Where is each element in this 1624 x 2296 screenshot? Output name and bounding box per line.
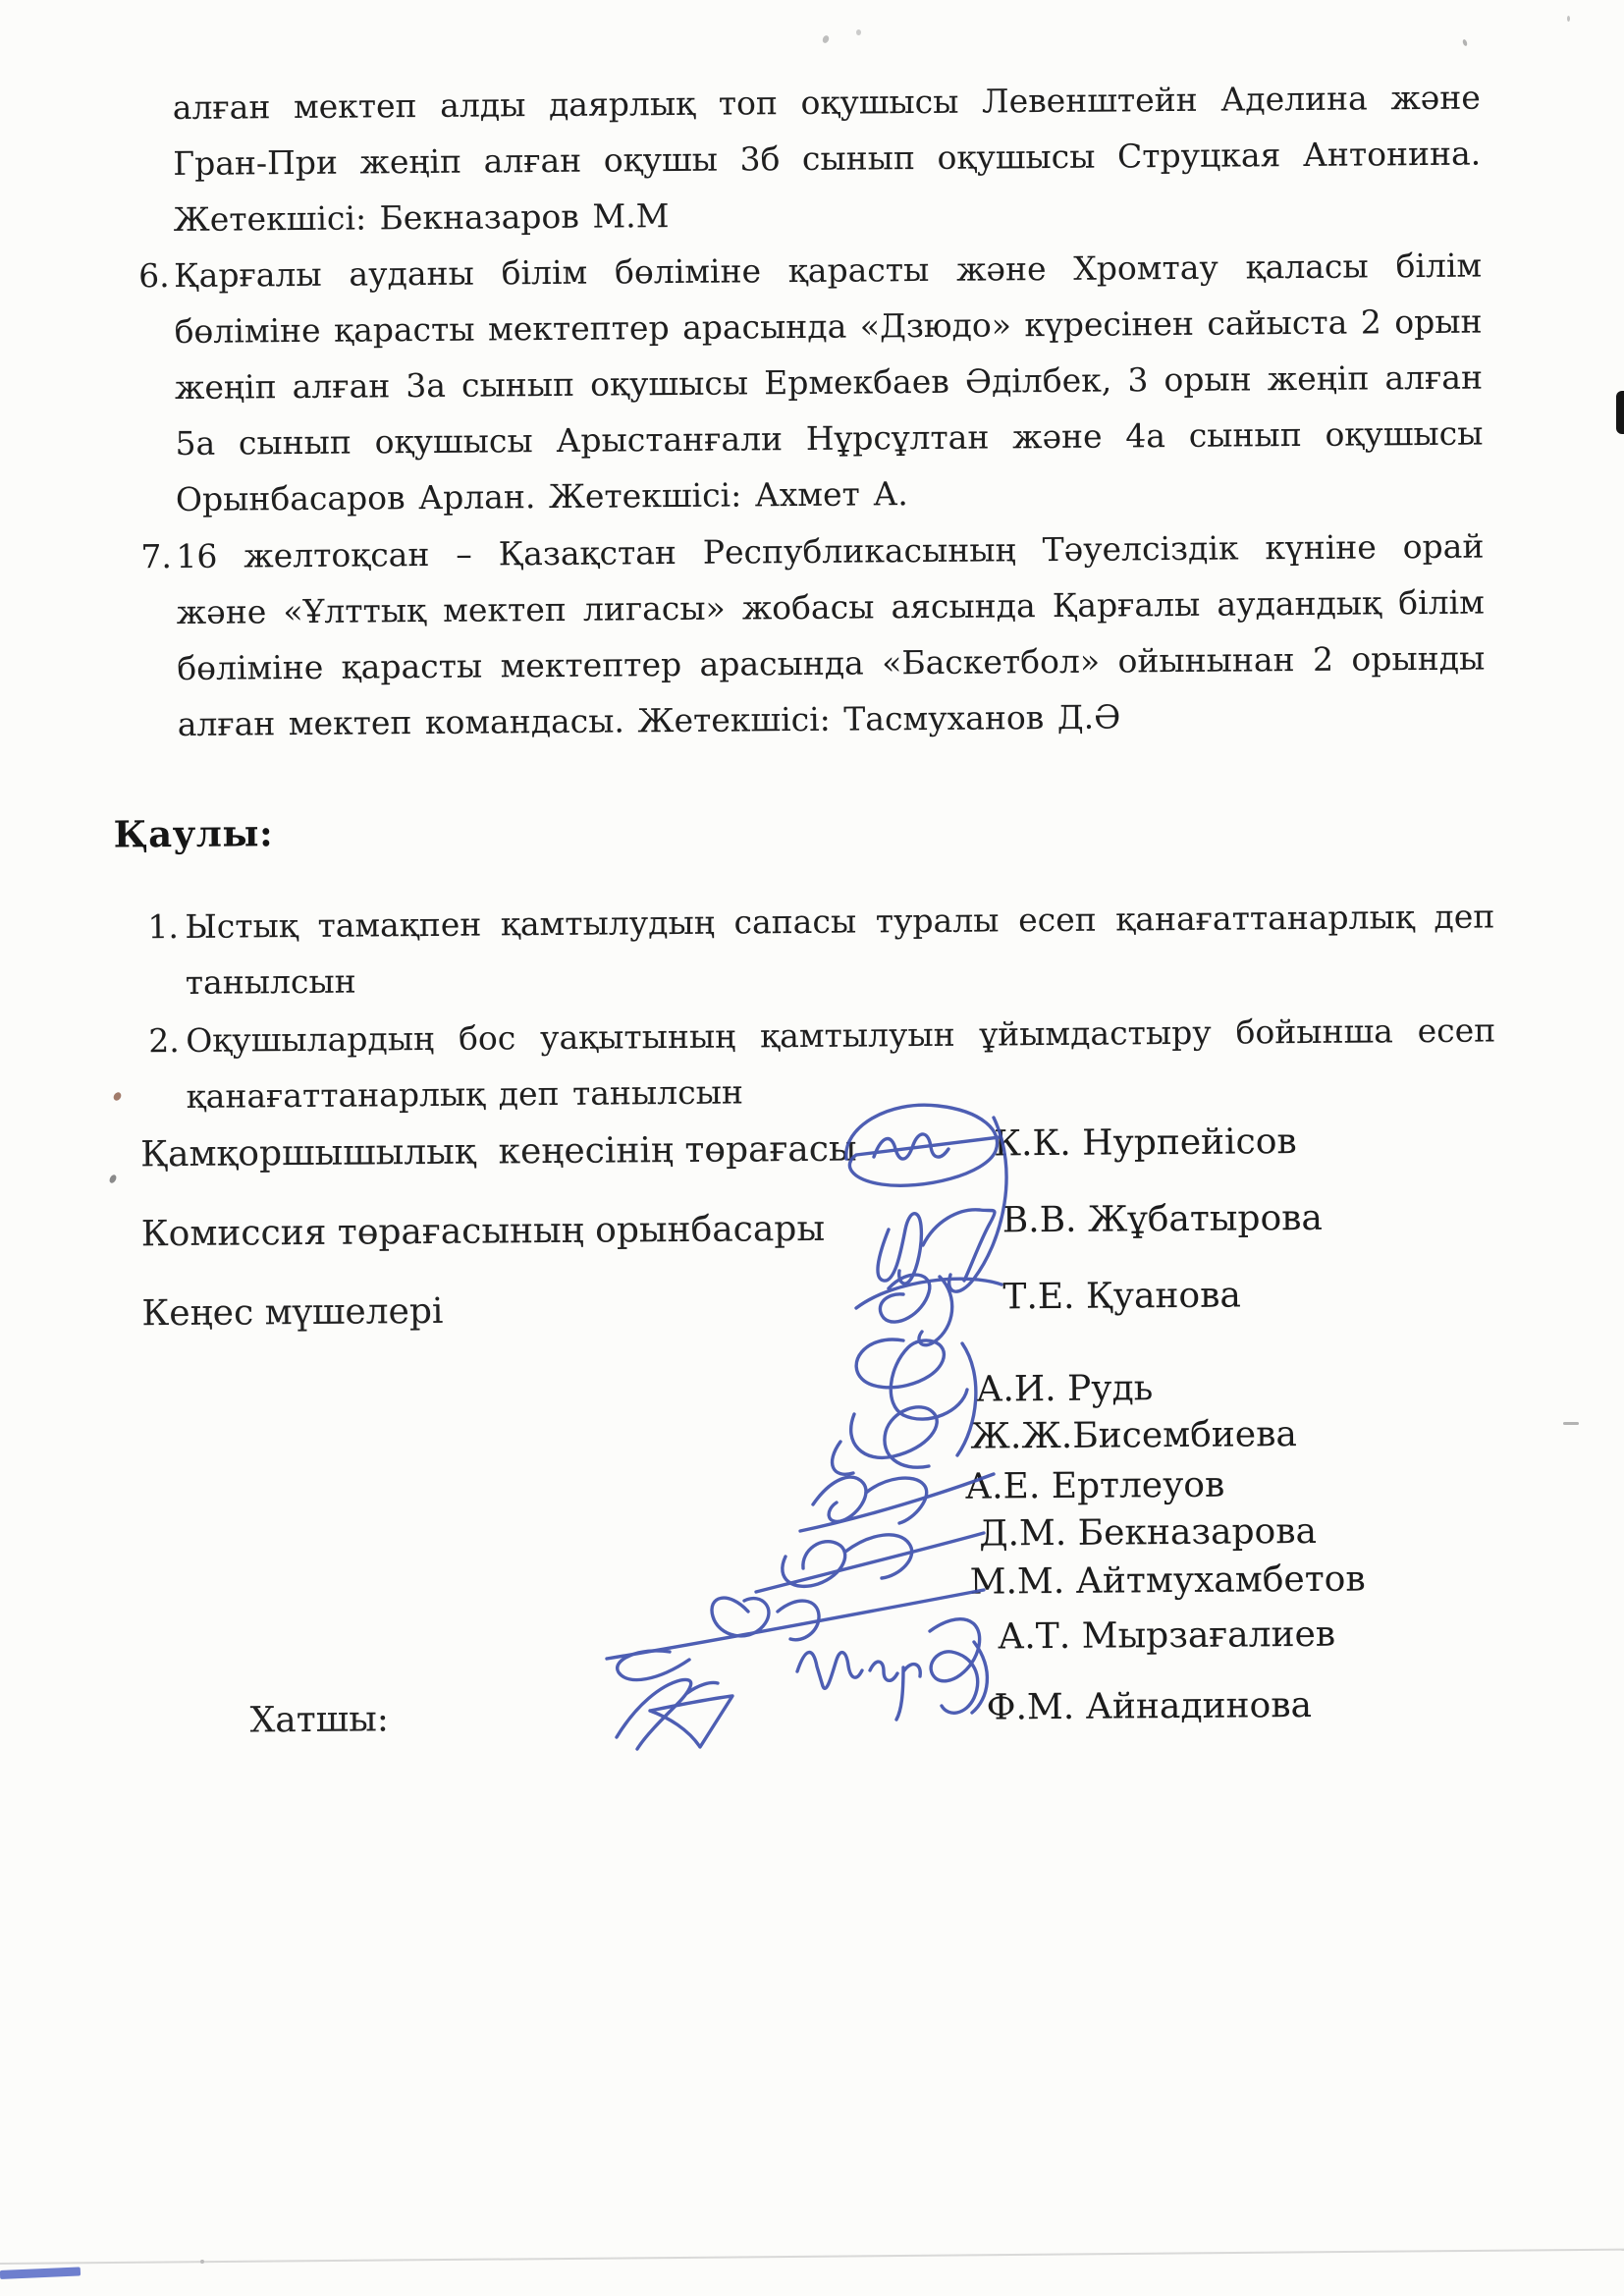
decision-item-2: 2. Оқушылардың бос уақытының қамтылуын ұ…	[148, 1002, 1496, 1124]
role-label-chairman: Қамқоршышылық кеңесінің төрағасы	[140, 1129, 857, 1175]
scan-edge-blot	[1616, 391, 1624, 434]
role-label-secretary: Хатшы:	[250, 1699, 390, 1740]
name-nurpeisov: К.К. Нурпейісов	[994, 1121, 1297, 1164]
document-content: алған мектеп алды даярлық топ оқушысы Ле…	[0, 0, 1624, 2296]
scan-speck	[856, 29, 861, 35]
list-item-7: 7. 16 желтоқсан – Қазақстан Республикасы…	[140, 519, 1486, 753]
decision-item-2-text: Оқушылардың бос уақытының қамтылуын ұйым…	[148, 1002, 1496, 1124]
paragraph-continuation: алған мектеп алды даярлық топ оқушысы Ле…	[173, 70, 1482, 247]
list-item-6: 6. Қарғалы ауданы білім бөліміне қарасты…	[138, 238, 1484, 528]
list-item-6-text: Қарғалы ауданы білім бөліміне қарасты жә…	[138, 238, 1484, 528]
name-zhubatyrova: В.В. Жұбатырова	[1002, 1198, 1323, 1241]
scan-speck	[1567, 16, 1570, 22]
decision-item-2-number: 2.	[148, 1012, 180, 1068]
decision-item-1-text: Ыстық тамақпен қамтылудың сапасы туралы …	[147, 888, 1495, 1011]
role-label-members: Кеңес мүшелері	[141, 1291, 443, 1334]
name-beknazarova: Д.М. Бекназарова	[979, 1511, 1317, 1555]
name-myrzagaliev: А.Т. Мырзағалиев	[998, 1614, 1335, 1658]
document-page: алған мектеп алды даярлық топ оқушысы Ле…	[0, 0, 1624, 2296]
decision-item-1: 1. Ыстық тамақпен қамтылудың сапасы тура…	[147, 888, 1495, 1011]
name-ainadinova: Ф.М. Айнадинова	[986, 1685, 1312, 1728]
name-bisembieva: Ж.Ж.Бисембиева	[970, 1414, 1297, 1457]
list-item-7-text: 16 желтоқсан – Қазақстан Республикасының…	[140, 519, 1486, 753]
scanned-document: { "page": { "background": "#fcfcfa", "in…	[0, 0, 1624, 2296]
name-rud: А.И. Рудь	[976, 1368, 1153, 1409]
list-item-7-number: 7.	[140, 528, 172, 584]
name-aitmukhambetov: М.М. Айтмухамбетов	[969, 1559, 1365, 1603]
name-ertleuov: А.Е. Ертлеуов	[965, 1465, 1225, 1507]
list-item-6-number: 6.	[138, 247, 170, 303]
decision-item-1-number: 1.	[147, 899, 179, 955]
name-kuanova: Т.Е. Қуанова	[1002, 1276, 1241, 1318]
decision-heading: Қаулы:	[113, 811, 273, 855]
role-label-deputy: Комиссия төрағасының орынбасары	[141, 1209, 826, 1254]
scan-dash	[1563, 1422, 1579, 1425]
